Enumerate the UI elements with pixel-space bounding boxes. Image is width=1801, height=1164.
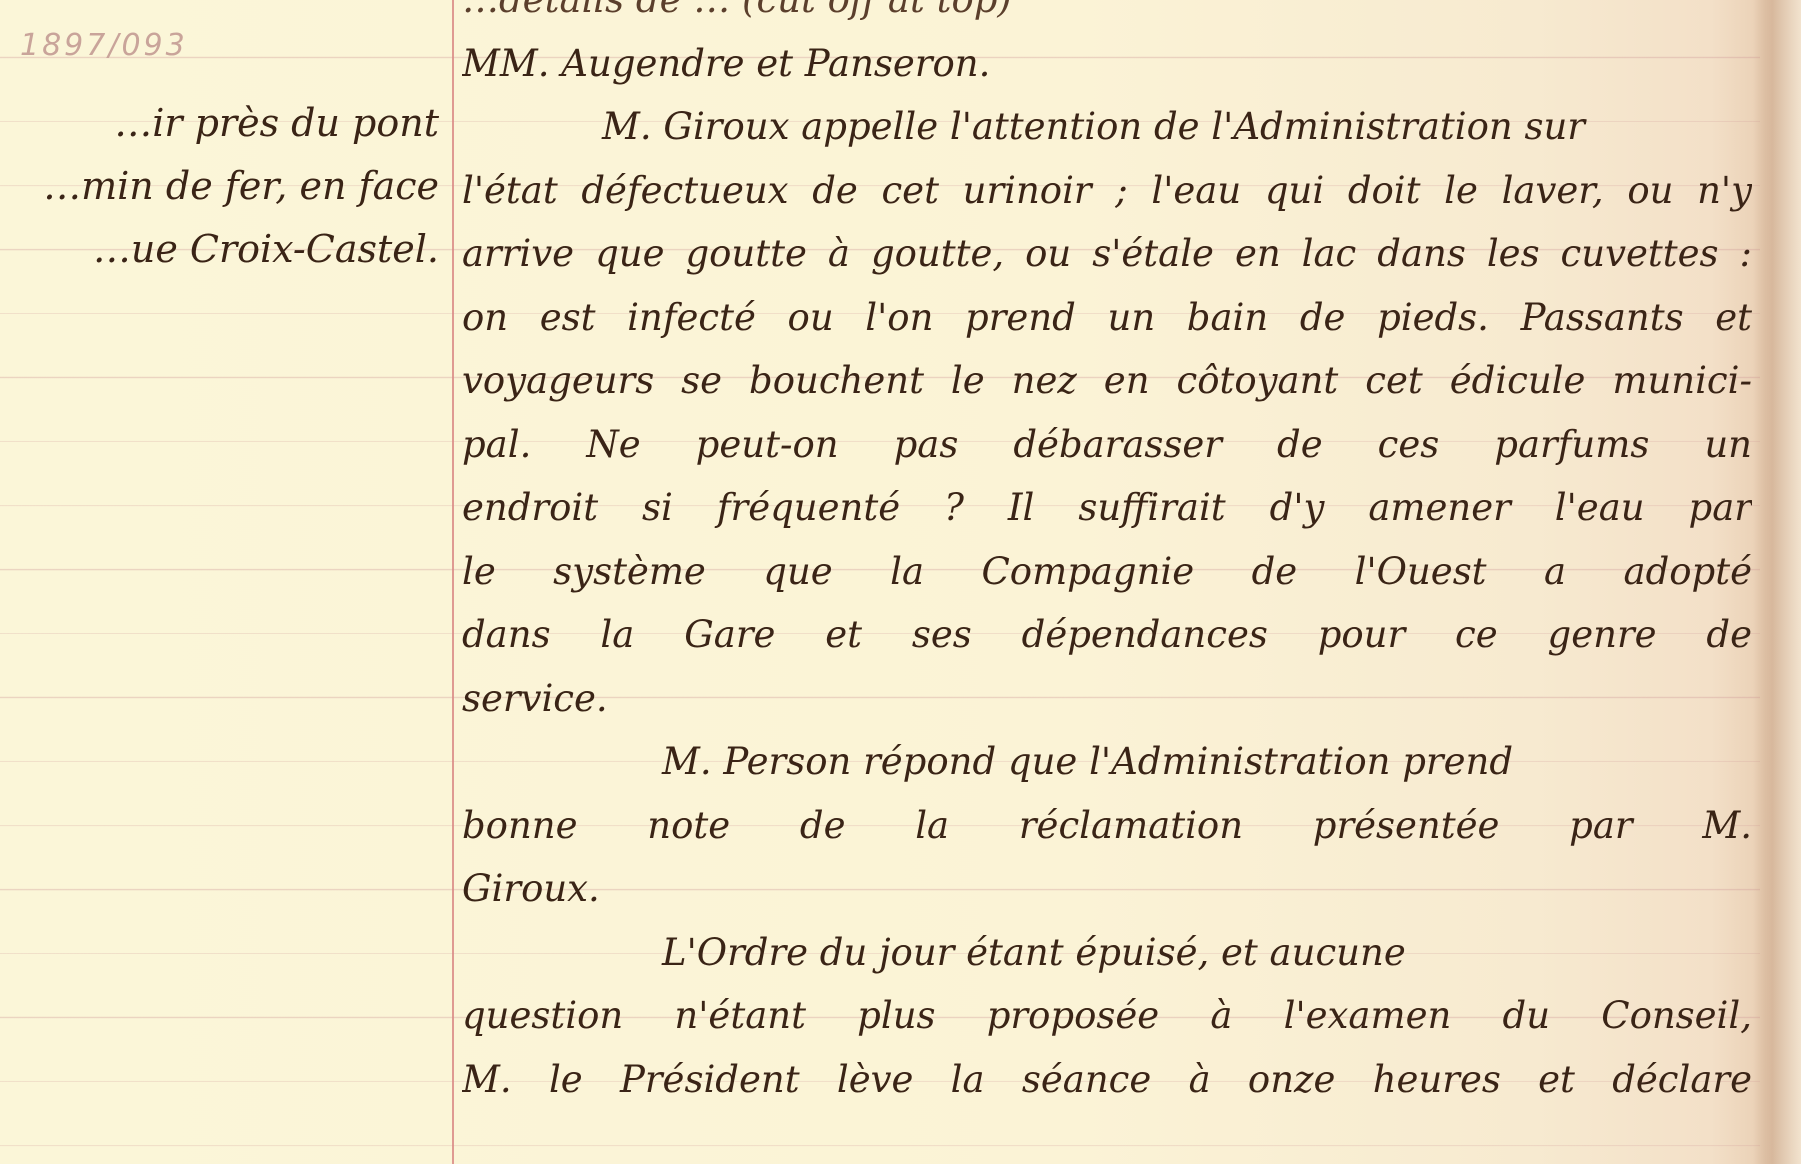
body-line: M. Giroux appelle l'attention de l'Admin… — [462, 95, 1762, 159]
body-line-attendees: MM. Augendre et Panseron. — [462, 32, 1762, 96]
body-line: on est infecté ou l'on prend un bain de … — [462, 286, 1752, 350]
body-line: arrive que goutte à goutte, ou s'étale e… — [462, 222, 1752, 286]
body-line: l'état défectueux de cet urinoir ; l'eau… — [462, 159, 1752, 223]
margin-annotation: …ir près du pont …min de fer, en face …u… — [0, 92, 445, 281]
margin-rule — [452, 0, 454, 1164]
body-line: question n'étant plus proposée à l'exame… — [462, 984, 1752, 1048]
body-line: M. le Président lève la séance à onze he… — [462, 1048, 1752, 1112]
body-line: Giroux. — [462, 857, 1762, 921]
body-line: …détails de … (cut off at top) — [462, 0, 1762, 32]
minutes-body: …détails de … (cut off at top) MM. Augen… — [462, 0, 1762, 1111]
body-line: endroit si fréquenté ? Il suffirait d'y … — [462, 476, 1752, 540]
reference-number: 1897/093 — [20, 28, 188, 63]
body-line: service. — [462, 667, 1762, 731]
margin-line: …ir près du pont — [0, 92, 445, 155]
body-line: voyageurs se bouchent le nez en côtoyant… — [462, 349, 1752, 413]
body-line: L'Ordre du jour étant épuisé, et aucune — [462, 921, 1762, 985]
body-line: bonne note de la réclamation présentée p… — [462, 794, 1752, 858]
margin-line: …ue Croix-Castel. — [0, 218, 445, 281]
body-line: le système que la Compagnie de l'Ouest a… — [462, 540, 1752, 604]
document-page: 1897/093 …ir près du pont …min de fer, e… — [0, 0, 1801, 1164]
margin-line: …min de fer, en face — [0, 155, 445, 218]
body-line: M. Person répond que l'Administration pr… — [462, 730, 1762, 794]
body-line: pal. Ne peut-on pas débarasser de ces pa… — [462, 413, 1752, 477]
body-line: dans la Gare et ses dépendances pour ce … — [462, 603, 1752, 667]
